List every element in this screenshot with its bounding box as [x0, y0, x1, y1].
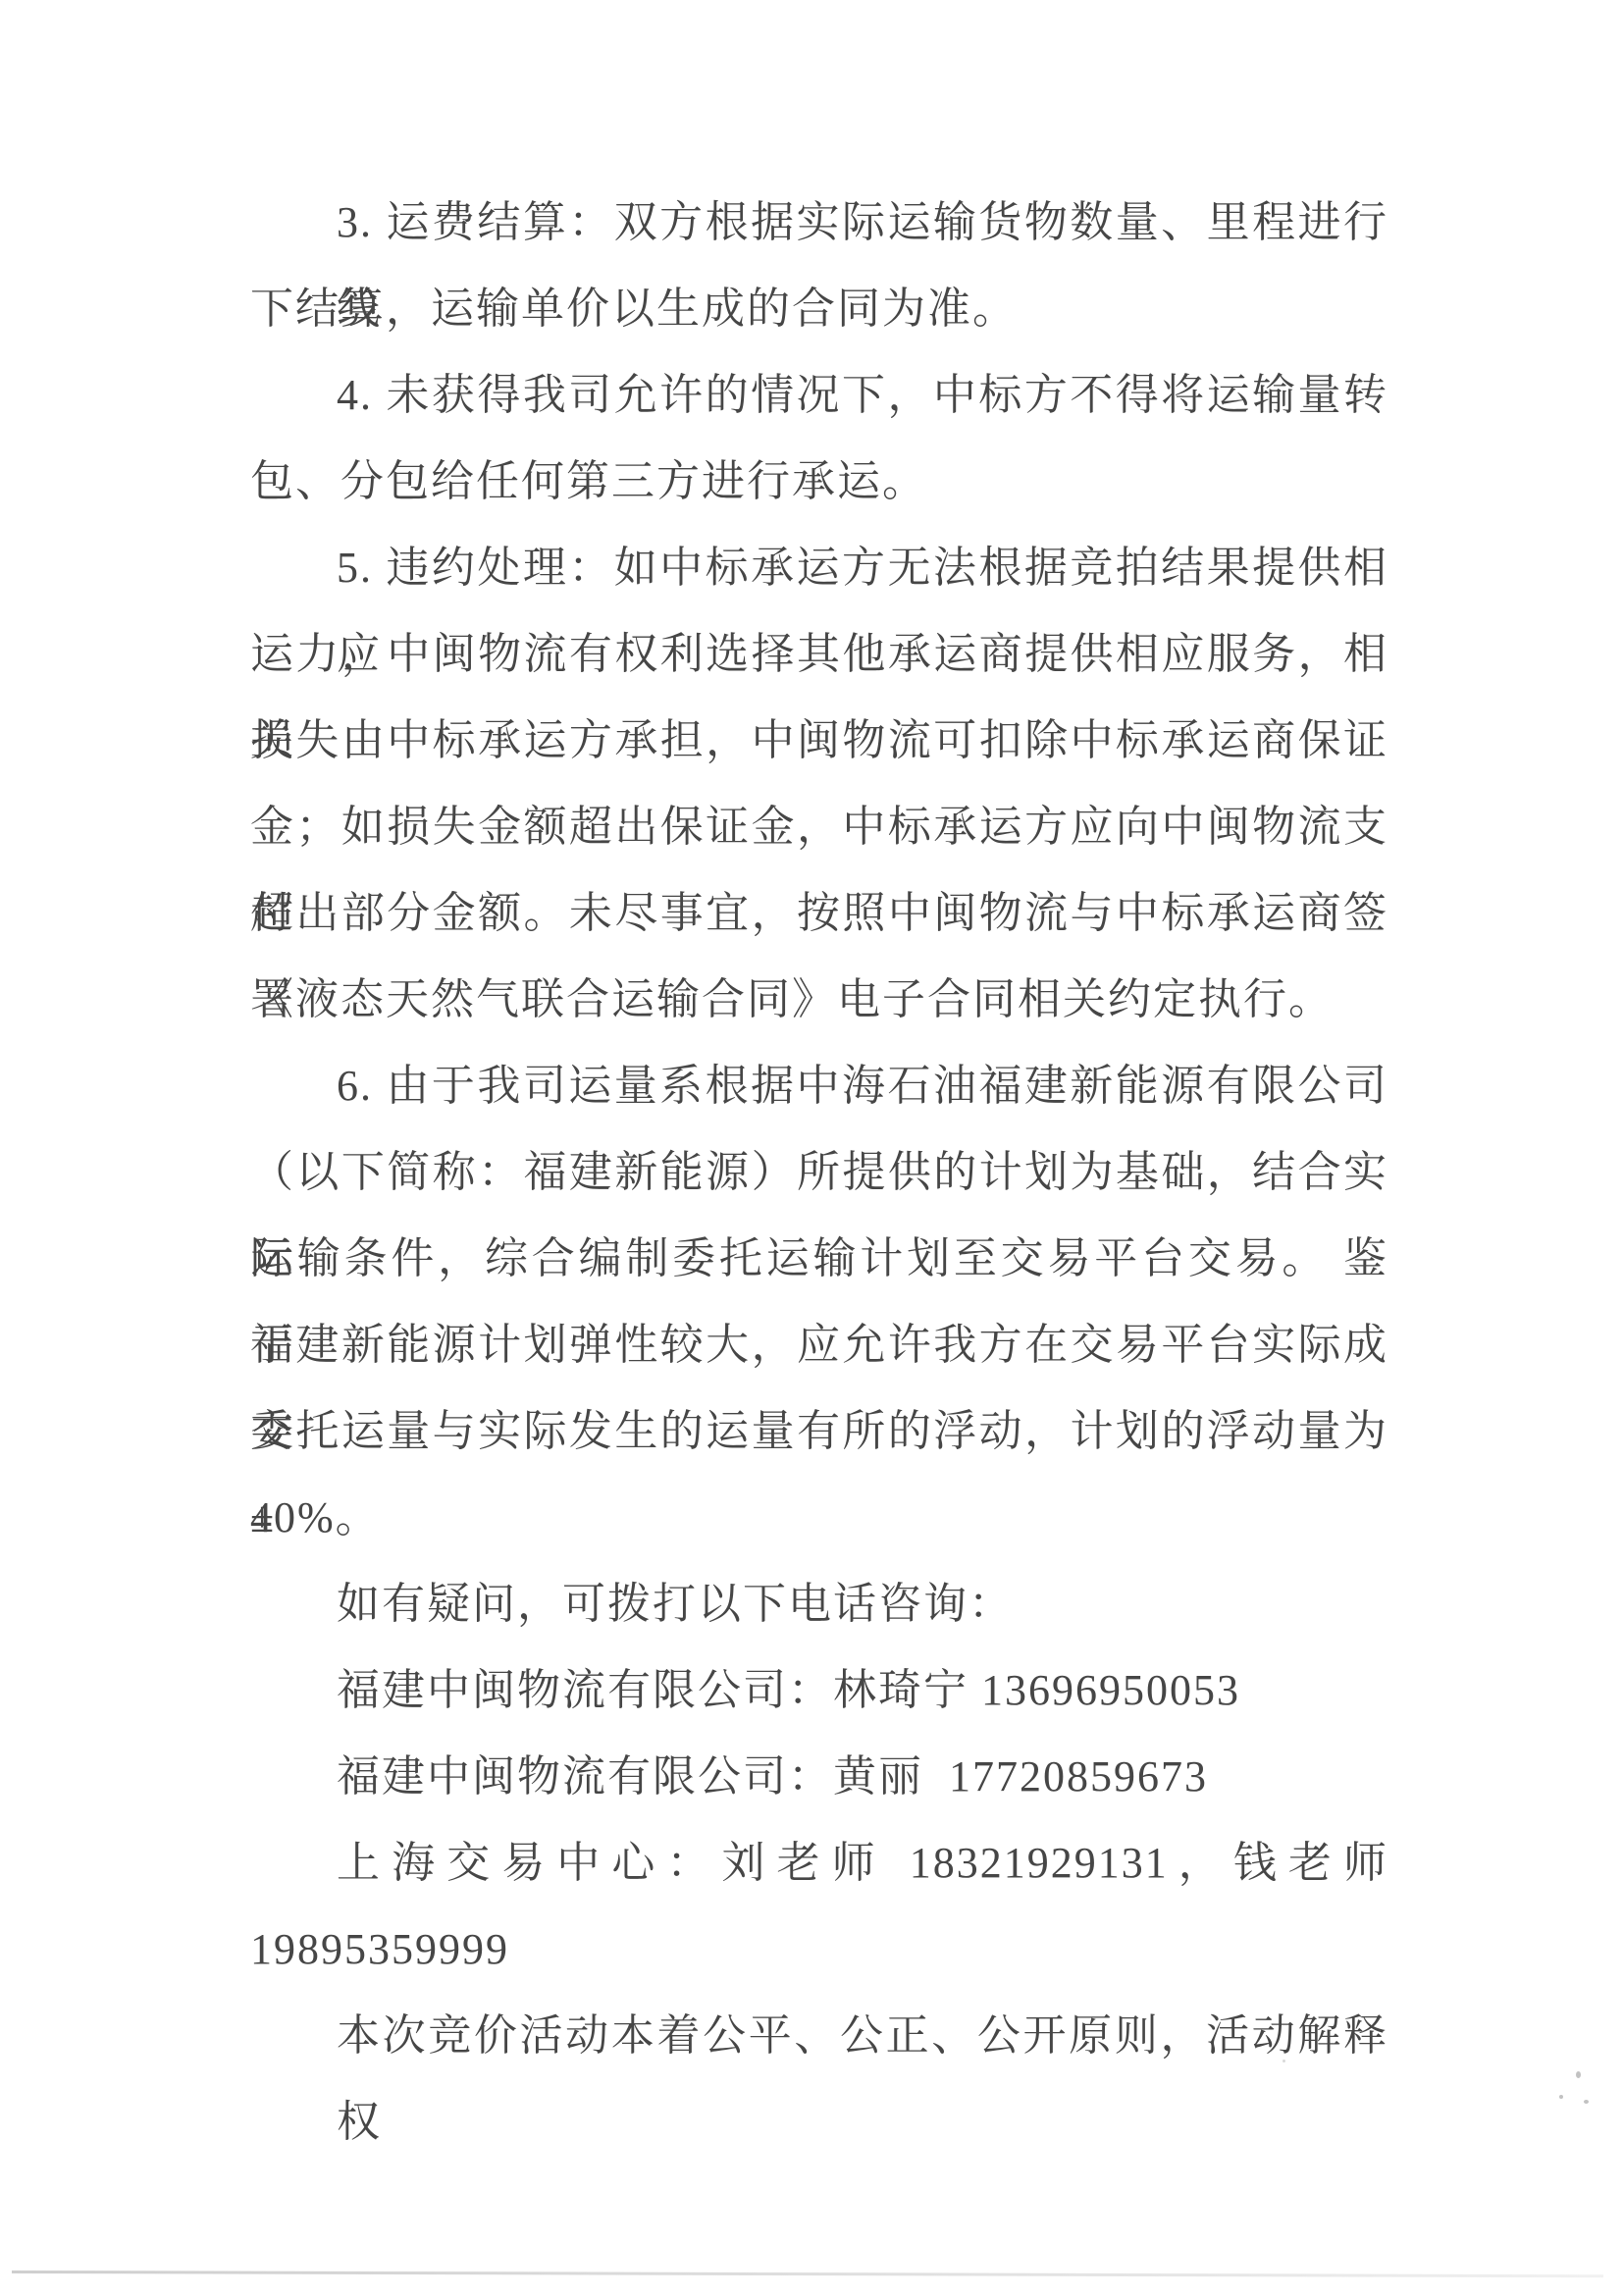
text-line: 福建新能源计划弹性较大，应允许我方在交易平台实际成交 — [250, 1302, 1388, 1388]
text-line: 5. 违约处理：如中标承运方无法根据竞拍结果提供相应 — [250, 525, 1388, 611]
text-line: 福建中闽物流有限公司：黄丽 17720859673 — [250, 1734, 1388, 1820]
scan-speck — [1584, 2100, 1589, 2104]
text-line: 福建中闽物流有限公司：林琦宁 13696950053 — [250, 1647, 1388, 1734]
text-line: （以下简称：福建新能源）所提供的计划为基础，结合实际 — [250, 1129, 1388, 1216]
text-line: 《液态天然气联合运输合同》电子合同相关约定执行。 — [250, 957, 1388, 1043]
text-line: 运力，中闽物流有权利选择其他承运商提供相应服务，相关 — [250, 611, 1388, 698]
document-page: 3. 运费结算：双方根据实际运输货物数量、里程进行线下结算，运输单价以生成的合同… — [0, 0, 1623, 2296]
scan-speck — [1576, 2071, 1581, 2078]
text-line: 3. 运费结算：双方根据实际运输货物数量、里程进行线 — [250, 180, 1388, 266]
text-line: 本次竞价活动本着公平、公正、公开原则，活动解释权 — [250, 1993, 1388, 2079]
text-line: 金；如损失金额超出保证金，中标承运方应向中闽物流支付 — [250, 784, 1388, 870]
text-line: 4. 未获得我司允许的情况下，中标方不得将运输量转 — [250, 352, 1388, 439]
text-line: 19895359999 — [250, 1906, 1388, 1993]
text-line: 委托运量与实际发生的运量有所的浮动，计划的浮动量为± — [250, 1388, 1388, 1475]
document-body: 3. 运费结算：双方根据实际运输货物数量、里程进行线下结算，运输单价以生成的合同… — [250, 180, 1388, 2079]
text-line: 超出部分金额。未尽事宜，按照中闽物流与中标承运商签署 — [250, 870, 1388, 957]
scan-edge-artifact — [12, 2270, 1603, 2277]
text-line: 6. 由于我司运量系根据中海石油福建新能源有限公司 — [250, 1043, 1388, 1129]
scan-speck — [1559, 2095, 1563, 2099]
text-line: 包、分包给任何第三方进行承运。 — [250, 439, 1388, 525]
scan-speck — [1283, 2060, 1285, 2062]
text-line: 运输条件，综合编制委托运输计划至交易平台交易。 鉴于 — [250, 1216, 1388, 1302]
text-line: 损失由中标承运方承担，中闽物流可扣除中标承运商保证 — [250, 698, 1388, 784]
text-line: 如有疑问，可拨打以下电话咨询： — [250, 1561, 1388, 1647]
text-line: 40%。 — [250, 1475, 1388, 1561]
text-line: 下结算，运输单价以生成的合同为准。 — [250, 266, 1388, 352]
text-line: 上海交易中心：刘老师 18321929131，钱老师 — [250, 1820, 1388, 1906]
